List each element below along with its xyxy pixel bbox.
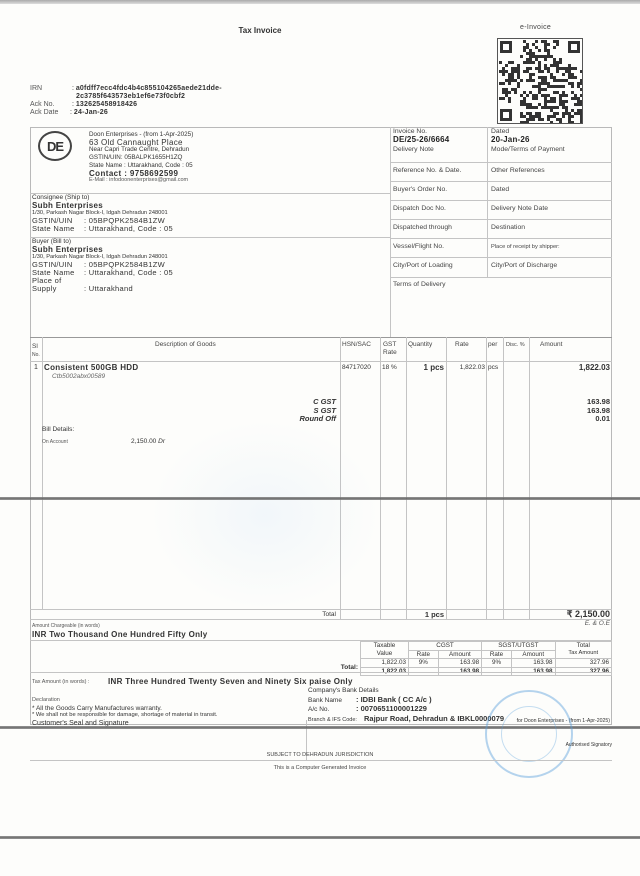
th-cgst-rate: Rate	[408, 650, 438, 659]
col-description: Description of Goods	[155, 341, 216, 349]
col-quantity: Quantity	[408, 341, 432, 349]
consignee-name: Subh Enterprises	[32, 202, 173, 210]
th-cgst-amount: Amount	[438, 650, 481, 659]
place-of-supply-label: Place of Supply	[32, 277, 84, 293]
divider	[30, 760, 612, 761]
th-taxable: Taxable	[361, 642, 409, 651]
vessel-label: Vessel/Flight No.	[393, 243, 444, 251]
delivery-note-label: Delivery Note	[393, 146, 434, 154]
seller-address2: Near Capri Trade Centre, Dehradun	[89, 146, 193, 154]
col-divider	[446, 337, 447, 619]
tax-amounts: 163.98 163.98 0.01	[531, 398, 610, 424]
irn-label: IRN	[30, 85, 70, 93]
authorised-signatory: Authorised Signatory	[530, 742, 612, 748]
th-sgst-rate: Rate	[482, 650, 512, 659]
tax-words-label: Tax Amount (in words) :	[32, 679, 89, 685]
divider	[390, 219, 612, 220]
row-hsn: 84717020	[342, 364, 371, 371]
consignee-state-label: State Name	[32, 225, 84, 233]
amount-words-label: Amount Chargeable (in words)	[32, 623, 100, 629]
th-total: Total	[555, 642, 611, 651]
amount-words: INR Two Thousand One Hundred Fifty Only	[32, 630, 208, 639]
col-divider	[486, 337, 487, 619]
consignee-block: Consignee (Ship to) Subh Enterprises 1/3…	[32, 194, 173, 233]
th-value: Value	[361, 650, 409, 659]
tax-words: INR Three Hundred Twenty Seven and Ninet…	[108, 677, 353, 686]
declaration: Declaration * All the Goods Carry Manufa…	[32, 697, 218, 720]
mode-terms-label: Mode/Terms of Payment	[491, 146, 565, 154]
row-quantity: 1 pcs	[410, 363, 444, 372]
th-sgst-amount: Amount	[511, 650, 555, 659]
ack-no-label: Ack No.	[30, 101, 70, 109]
tax-summary-table: Taxable CGST SGST/UTGST Total Value Rate…	[360, 641, 612, 676]
ack-date-label: Ack Date	[30, 109, 70, 117]
ack-no: 132625458918426	[76, 101, 137, 108]
row-sl: 1	[34, 364, 38, 371]
col-hsn: HSN/SAC	[342, 341, 371, 349]
buyer-state: : Uttarakhand, Code : 05	[84, 268, 173, 277]
port-discharge-label: City/Port of Discharge	[491, 262, 557, 270]
col-rate: Rate	[455, 341, 469, 349]
th-cgst: CGST	[408, 642, 481, 651]
scan-artifact	[0, 836, 640, 839]
row-description: Consistent 500GB HDD	[44, 363, 138, 372]
place-of-supply: : Uttarakhand	[84, 284, 133, 293]
destination-label: Destination	[491, 224, 525, 232]
col-per: per	[488, 341, 497, 349]
divider	[30, 361, 612, 362]
tax-total-label: Total:	[320, 664, 358, 671]
total-label: Total	[300, 611, 336, 618]
einvoice-label: e-Invoice	[520, 24, 551, 31]
divider	[390, 277, 612, 278]
dispatched-through-label: Dispatched through	[393, 224, 452, 232]
row-per: pcs	[488, 364, 498, 371]
divider	[487, 127, 488, 277]
dated-cell: Dated 20-Jan-26	[491, 128, 530, 144]
invoice-no: DE/25-26/6664	[393, 136, 449, 144]
seller-contact: Contact : 9758692599	[89, 170, 193, 178]
seller-details: Doon Enterprises - (from 1-Apr-2025) 63 …	[89, 131, 193, 185]
divider	[390, 127, 391, 337]
irn-value-cont: 2c3785f643573eb1ef6e73f0cbf2	[76, 93, 185, 100]
acno-label: A/c No.	[308, 706, 356, 715]
document-title: Tax Invoice	[0, 26, 520, 35]
logo-text: DE	[47, 139, 63, 154]
divider	[390, 181, 612, 182]
divider	[390, 200, 612, 201]
dispatch-doc-label: Dispatch Doc No.	[393, 205, 446, 213]
seller-gstin: GSTIN/UIN: 05BALPK1655H1ZQ	[89, 154, 193, 162]
th-tax-amount: Tax Amount	[555, 650, 611, 659]
total-quantity: 1 pcs	[410, 610, 444, 619]
branch-label: Branch & IFS Code:	[308, 716, 364, 725]
col-divider	[529, 337, 530, 619]
row-serial: Ctb5002abx00589	[52, 373, 105, 380]
scan-edge	[0, 0, 640, 4]
buyer-block: Buyer (Bill to) Subh Enterprises 1/30, P…	[32, 238, 173, 293]
roundoff-amount: 0.01	[531, 415, 610, 424]
other-references-label: Other References	[491, 167, 545, 175]
buyer-name: Subh Enterprises	[32, 246, 173, 254]
col-divider	[503, 337, 504, 619]
declaration-line2: * We shall not be responsible for damage…	[32, 712, 218, 720]
col-divider	[42, 337, 43, 609]
row-rate: 1,822.03	[446, 364, 485, 371]
divider	[30, 337, 612, 338]
scan-artifact	[0, 497, 640, 500]
seller-email: E-Mail : infodoonenterprises@gmail.com	[89, 177, 193, 185]
account-number: : 0070651100001229	[356, 704, 427, 713]
eoe-label: E. & O.E	[540, 620, 610, 627]
col-divider	[406, 337, 407, 619]
consignee-state: : Uttarakhand, Code : 05	[84, 224, 173, 233]
invoice-date: 20-Jan-26	[491, 136, 530, 144]
divider	[390, 162, 612, 163]
invoice-no-cell: Invoice No. DE/25-26/6664	[393, 128, 449, 144]
qr-code	[497, 38, 583, 124]
divider	[30, 672, 612, 673]
place-receipt-label: Place of receipt by shipper:	[491, 243, 560, 251]
grand-total: ₹ 2,150.00	[500, 609, 610, 620]
col-sl: SlNo.	[32, 343, 40, 359]
delivery-note-date-label: Delivery Note Date	[491, 205, 548, 213]
tax-row: 1,822.03 9% 163.98 9% 163.98 327.96	[361, 659, 612, 668]
jurisdiction-note: SUBJECT TO DEHRADUN JURISDICTION	[0, 752, 640, 758]
divider	[390, 257, 612, 258]
irn-block: IRN : a0fdff7ecc4fdc4b4c855104265aede21d…	[30, 85, 222, 117]
company-logo: DE	[38, 131, 72, 161]
on-account-label: On Account	[42, 439, 68, 445]
ack-date: 24-Jan-26	[74, 109, 108, 116]
terms-delivery-label: Terms of Delivery	[393, 281, 446, 289]
order-dated-label: Dated	[491, 186, 509, 194]
declaration-heading: Declaration	[32, 697, 218, 705]
port-loading-label: City/Port of Loading	[393, 262, 453, 270]
row-gst-rate: 18 %	[382, 364, 397, 371]
col-gst-rate: GSTRate	[383, 341, 397, 357]
bank-name: : IDBI Bank ( CC A/c )	[356, 695, 432, 704]
divider	[390, 238, 612, 239]
buyers-order-label: Buyer's Order No.	[393, 186, 447, 194]
row-amount: 1,822.03	[531, 363, 610, 372]
computer-generated-note: This is a Computer Generated Invoice	[0, 765, 640, 771]
seller-address1: 63 Old Cannaught Place	[89, 139, 193, 147]
bank-name-label: Bank Name	[308, 697, 356, 706]
declaration-line1: * All the Goods Carry Manufactures warra…	[32, 705, 218, 713]
th-sgst: SGST/UTGST	[482, 642, 555, 651]
col-divider	[380, 337, 381, 619]
watermark	[150, 420, 380, 610]
bill-details-label: Bill Details:	[42, 426, 74, 433]
col-amount: Amount	[540, 341, 562, 349]
irn-value: a0fdff7ecc4fdc4b4c855104265aede21dde-	[76, 85, 222, 92]
reference-label: Reference No. & Date.	[393, 167, 461, 175]
col-disc: Disc. %	[506, 341, 525, 349]
